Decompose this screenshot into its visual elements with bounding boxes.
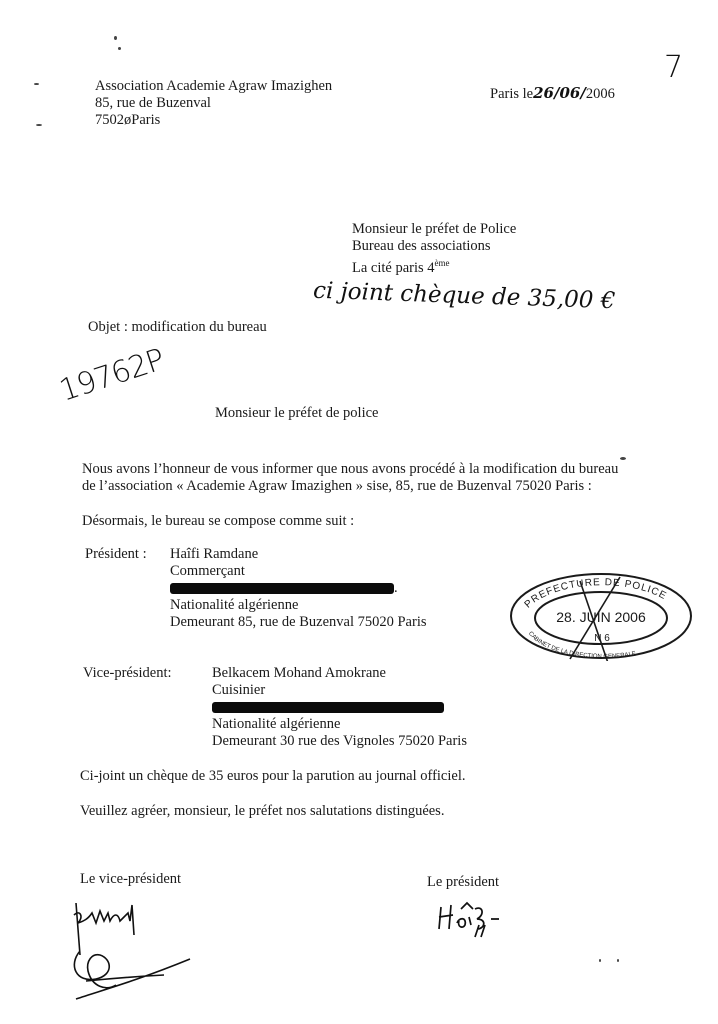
scan-speck: [599, 959, 601, 962]
signature-scribble-icon: [437, 895, 527, 940]
sender-block: Association Academie Agraw Imazighen 85,…: [95, 78, 332, 129]
sender-city: 7502øParis: [95, 112, 332, 129]
subject-line: Objet : modification du bureau: [88, 319, 267, 336]
date-prefix: Paris le: [490, 86, 533, 102]
date-handwritten: 26/06/: [533, 84, 586, 102]
scan-speck: [617, 959, 619, 962]
scan-speck: [34, 83, 39, 85]
handwritten-cheque-note: ci joint chèque de 35,00 €: [313, 278, 616, 315]
president-block: Haîfi Ramdane Commerçant . Nationalité a…: [170, 546, 427, 631]
prefecture-stamp: PREFECTURE DE POLICE 28. JUIN 2006 N 6 C…: [508, 571, 694, 661]
vice-president-signature: [66, 895, 196, 1000]
sender-street: 85, rue de Buzenval: [95, 95, 332, 112]
recipient-block: Monsieur le préfet de Police Bureau des …: [352, 221, 516, 277]
president-address: Demeurant 85, rue de Buzenval 75020 Pari…: [170, 614, 427, 631]
closing-line: Veuillez agréer, monsieur, le préfet nos…: [80, 803, 444, 820]
president-redacted-birth: .: [170, 580, 427, 597]
svg-text:28. JUIN 2006: 28. JUIN 2006: [556, 609, 646, 625]
president-name: Haîfi Ramdane: [170, 546, 427, 563]
stamp-graphic: PREFECTURE DE POLICE 28. JUIN 2006 N 6 C…: [508, 571, 694, 661]
president-role: Président :: [85, 546, 147, 563]
vice-president-profession: Cuisinier: [212, 682, 467, 699]
president-signature: [437, 895, 527, 940]
redaction-bar: [170, 583, 394, 594]
salutation: Monsieur le préfet de police: [215, 405, 378, 422]
vice-president-redacted-birth: [212, 699, 467, 716]
vice-president-signature-label: Le vice-président: [80, 871, 181, 888]
scan-speck: [620, 457, 626, 460]
vice-president-address: Demeurant 30 rue des Vignoles 75020 Pari…: [212, 733, 467, 750]
recipient-line2: Bureau des associations: [352, 238, 516, 255]
intro-line2: de l’association « Academie Agraw Imazig…: [82, 478, 618, 495]
intro-line1: Nous avons l’honneur de vous informer qu…: [82, 461, 618, 478]
president-signature-label: Le président: [427, 874, 499, 891]
vice-president-name: Belkacem Mohand Amokrane: [212, 665, 467, 682]
page-number: 7: [664, 50, 683, 85]
signature-scribble-icon: [66, 895, 196, 1000]
reference-number: 19762P: [55, 342, 168, 409]
composition-intro: Désormais, le bureau se compose comme su…: [82, 513, 354, 530]
sender-name: Association Academie Agraw Imazighen: [95, 78, 332, 95]
svg-text:CABINET DE LA DIRECTION GENERA: CABINET DE LA DIRECTION GENERALE: [527, 631, 636, 660]
president-profession: Commerçant: [170, 563, 427, 580]
intro-paragraph: Nous avons l’honneur de vous informer qu…: [82, 461, 618, 495]
recipient-line1: Monsieur le préfet de Police: [352, 221, 516, 238]
scan-speck: [114, 36, 117, 40]
redaction-bar: [212, 702, 444, 713]
date-line: Paris le26/06/2006: [490, 84, 615, 103]
recipient-line3: La cité paris 4ème: [352, 255, 516, 277]
date-year: 2006: [586, 86, 615, 102]
scan-speck: [118, 47, 121, 50]
vice-president-block: Belkacem Mohand Amokrane Cuisinier Natio…: [212, 665, 467, 750]
vice-president-role: Vice-président:: [83, 665, 172, 682]
vice-president-nationality: Nationalité algérienne: [212, 716, 467, 733]
svg-text:N 6: N 6: [594, 633, 610, 644]
scan-speck: [36, 124, 42, 126]
president-nationality: Nationalité algérienne: [170, 597, 427, 614]
cheque-line: Ci-joint un chèque de 35 euros pour la p…: [80, 768, 466, 785]
